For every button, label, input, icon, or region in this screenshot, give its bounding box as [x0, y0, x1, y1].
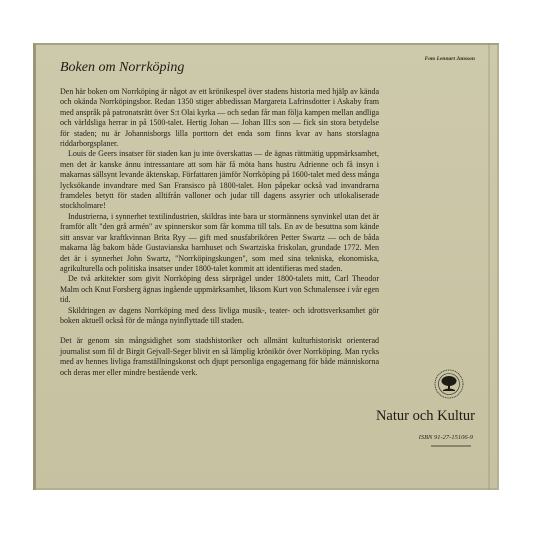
book-back-cover: Foto Lennart Jansson Boken om Norrköping… — [33, 43, 499, 490]
blurb-text: Den här boken om Norrköping är något av … — [60, 87, 379, 378]
publisher-name: Natur och Kultur — [376, 408, 475, 425]
blurb-paragraph: De två arkitekter som givit Norrköping d… — [60, 274, 379, 305]
blurb-paragraph: Den här boken om Norrköping är något av … — [60, 87, 379, 149]
photo-credit: Foto Lennart Jansson — [425, 56, 475, 62]
blurb-paragraph: Det är genom sin mångsidighet som stadsh… — [60, 336, 379, 378]
cover-crease — [488, 43, 490, 490]
fine-print — [431, 445, 471, 447]
blurb-paragraph: Louis de Geers insatser för staden kan j… — [60, 149, 379, 211]
isbn: ISBN 91-27-15106-9 — [419, 434, 473, 441]
tree-emblem-icon — [434, 369, 464, 399]
book-heading: Boken om Norrköping — [60, 60, 184, 76]
blurb-paragraph: Industrierna, i synnerhet textilindustri… — [60, 212, 379, 274]
blurb-paragraph: Skildringen av dagens Norrköping med des… — [60, 306, 379, 327]
